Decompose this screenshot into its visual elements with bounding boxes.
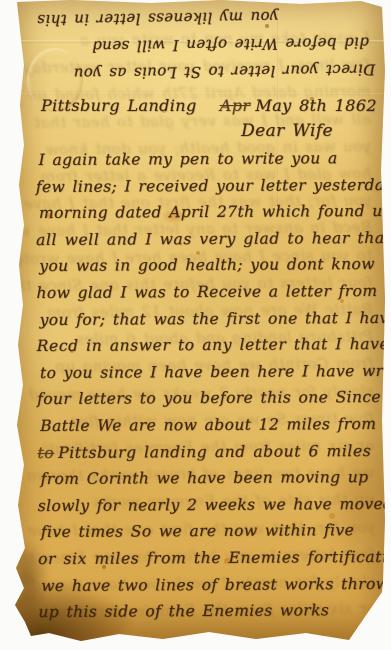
struck-word: to	[37, 443, 54, 461]
letter-line-text: Pittsburg landing and about 6 miles	[58, 442, 371, 462]
letter-line: I again take my pen to write you a	[39, 145, 376, 174]
dateline-place: Pittsburg Landing	[41, 96, 197, 115]
letter-line: to you since I have been here I have wro…	[40, 358, 377, 387]
letter-line: four letters to you before this one Sinc…	[37, 384, 377, 413]
flipped-postscript: Direct your letter to St Louis as you di…	[24, 2, 375, 88]
letter-line: all well and I was very glad to hear tha…	[36, 225, 376, 254]
date-text: May 8th 1862	[255, 96, 377, 115]
dateline-date: AprMay 8th 1862	[220, 96, 377, 115]
letter-paper: I again take my pen to write you a few l…	[11, 0, 385, 642]
letter-line: up this side of the Enemies works	[38, 597, 378, 626]
letter-line: you my likeness letter in this	[24, 3, 278, 34]
foxing-specks	[11, 0, 13, 2]
letter-line: or six miles from the Enemies fortificat…	[38, 544, 378, 573]
letter-line: we have two lines of breast works thrown	[41, 570, 378, 599]
letter-line: you for; that was the first one that I h…	[40, 305, 377, 334]
salutation: Dear Wife	[241, 121, 333, 141]
letter-body: I again take my pen to write you a few l…	[36, 145, 379, 626]
letter-line: from Corinth we have been moving up	[40, 464, 377, 493]
letter-line: Recd in answer to any letter that I have…	[37, 331, 377, 360]
letter-line: morning dated April 27th which found us	[39, 198, 376, 227]
struck-month: Apr	[220, 96, 251, 115]
letter-line: how glad I was to Receive a letter from	[36, 278, 376, 307]
letter-line: you was in good health; you dont know	[39, 251, 376, 280]
letter-line: few lines; I received your letter yester…	[36, 172, 376, 201]
letter-line: five times So we are now within five	[41, 517, 378, 546]
letter-line: Battle We are now about 12 miles from	[40, 411, 377, 440]
letter-line: toPittsburg landing and about 6 miles	[37, 437, 377, 466]
photo-background: I again take my pen to write you a few l…	[0, 0, 391, 650]
letter-line: Direct your letter to St Louis as you	[25, 56, 375, 88]
letter-line: slowly for nearly 2 weeks we have moved	[38, 491, 378, 520]
letter-line: did before Write often I will send	[25, 29, 369, 61]
dateline: Pittsburg Landing AprMay 8th 1862	[41, 96, 377, 115]
